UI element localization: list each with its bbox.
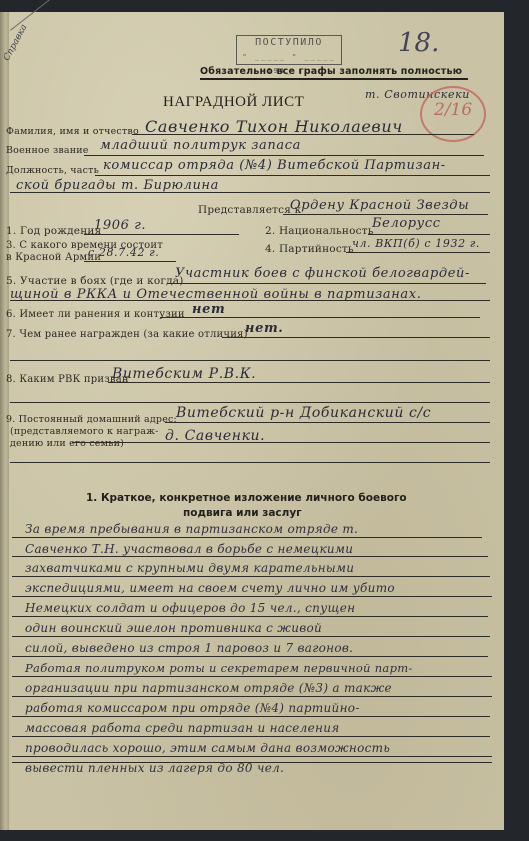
position-label: Должность, часть: [6, 165, 99, 176]
wounds-rule: [160, 317, 480, 318]
awards-value: нет.: [245, 321, 283, 336]
awards-rule: [222, 337, 490, 338]
address-label-1: 9. Постоянный домашний адрес:: [6, 414, 177, 425]
narrative-line: один воинский эшелон противника с живой: [25, 621, 322, 635]
narrative-line: Савченко Т.Н. участвовал в борьбе с неме…: [25, 542, 353, 556]
narrative-rule: [12, 556, 488, 557]
rank-value: младший политрук запаса: [100, 138, 301, 153]
nationality-label: 2. Национальность: [265, 225, 374, 237]
narrative-line: организации при партизанском отряде (№3)…: [25, 681, 392, 695]
rank-label: Военное звание: [6, 145, 89, 156]
birth-year-value: 1906 г.: [94, 218, 146, 233]
battles-rule-1: [168, 283, 486, 284]
nationality-value: Белорусс: [372, 216, 441, 231]
narrative-line: работая комиссаром при отряде (№4) парти…: [25, 701, 360, 715]
section1-title-line2: подвига или заслуг: [183, 507, 302, 519]
narrative-rule: [12, 636, 490, 637]
narrative-rule: [12, 576, 490, 577]
narrative-line: вывести пленных из лагеря до 80 чел.: [25, 761, 284, 775]
narrative-line: Немецких солдат и офицеров до 15 чел., с…: [25, 601, 355, 615]
rvk-rule: [108, 382, 490, 383]
address-label-3: дению или его семьи): [10, 438, 124, 449]
narrative-rule: [12, 656, 488, 657]
notice-underline: [200, 78, 468, 80]
army-since-value: с 28.7.42 г.: [88, 246, 159, 259]
presented-to-rule: [283, 214, 488, 215]
document-title: НАГРАДНОЙ ЛИСТ: [163, 94, 304, 111]
wounds-label: 6. Имеет ли ранения и контузии: [6, 309, 185, 320]
birth-year-rule: [84, 234, 239, 235]
narrative-line: экспедициями, имеет на своем счету лично…: [25, 581, 395, 595]
party-value: чл. ВКП(б) с 1932 г.: [352, 237, 480, 250]
battles-value-line1: Участник боев с финской белогвардей-: [175, 266, 470, 281]
narrative-rule: [12, 616, 488, 617]
page-number: 18.: [398, 28, 439, 58]
rvk-value: Витебским Р.В.К.: [112, 366, 256, 382]
narrative-line: Работая политруком роты и секретарем пер…: [25, 661, 413, 675]
position-value-line2: ской бригады т. Бирюлина: [16, 178, 219, 193]
narrative-line: силой, выведено из строя 1 паровоз и 7 в…: [25, 641, 353, 655]
red-circle-number: 2/16: [434, 100, 472, 120]
army-since-rule: [84, 261, 176, 262]
received-stamp: ПОСТУПИЛО " _____ " _____ 194_ г.: [236, 35, 342, 65]
address-rule-1: [165, 422, 490, 423]
awards-rule-2: [10, 360, 490, 361]
narrative-line: проводилась хорошо, этим самым дана возм…: [25, 741, 390, 755]
battles-rule-2: [10, 300, 490, 301]
stamp-text: ПОСТУПИЛО: [237, 36, 341, 50]
birth-year-label: 1. Год рождения: [6, 225, 101, 237]
narrative-rule: [12, 537, 482, 538]
party-rule: [346, 252, 490, 253]
narrative-rule: [12, 676, 492, 677]
narrative-line: массовая работа среди партизан и населен…: [25, 721, 340, 735]
narrative-line: захватчиками с крупными двумя карательны…: [25, 561, 354, 575]
nationality-rule: [368, 234, 490, 235]
narrative-line: За время пребывания в партизанском отряд…: [25, 522, 358, 536]
battles-label: 5. Участие в боях (где и когда): [6, 275, 184, 287]
narrative-rule: [12, 716, 490, 717]
name-rule: [132, 134, 474, 135]
position-rule-1: [95, 175, 490, 176]
presented-to-value: Ордену Красной Звезды: [290, 198, 469, 213]
fill-all-fields-notice: Обязательно все графы заполнять полность…: [200, 66, 462, 77]
narrative-rule: [12, 696, 492, 697]
rvk-rule-2: [10, 402, 490, 403]
position-rule-2: [10, 192, 490, 193]
party-label: 4. Партийность: [265, 243, 354, 255]
rvk-label: 8. Каким РВК призван: [6, 374, 129, 385]
wounds-value: нет: [192, 302, 225, 317]
position-value-line1: комиссар отряда (№4) Витебской Партизан-: [103, 158, 446, 173]
address-label-2: (представляемого к награж-: [10, 426, 158, 437]
rank-rule: [84, 155, 484, 156]
narrative-rule: [12, 596, 492, 597]
narrative-rule: [12, 756, 492, 757]
address-rule-3: [10, 462, 490, 463]
section1-title-line1: 1. Краткое, конкретное изложение личного…: [86, 492, 407, 504]
awards-label: 7. Чем ранее награжден (за какие отличия…: [6, 329, 248, 340]
narrative-rule: [12, 736, 490, 737]
name-label: Фамилия, имя и отчество: [6, 126, 139, 137]
narrative-rule: [12, 762, 492, 763]
address-value-line1: Витебский р-н Добиканский с/с: [176, 405, 431, 421]
address-rule-2: [72, 442, 490, 443]
